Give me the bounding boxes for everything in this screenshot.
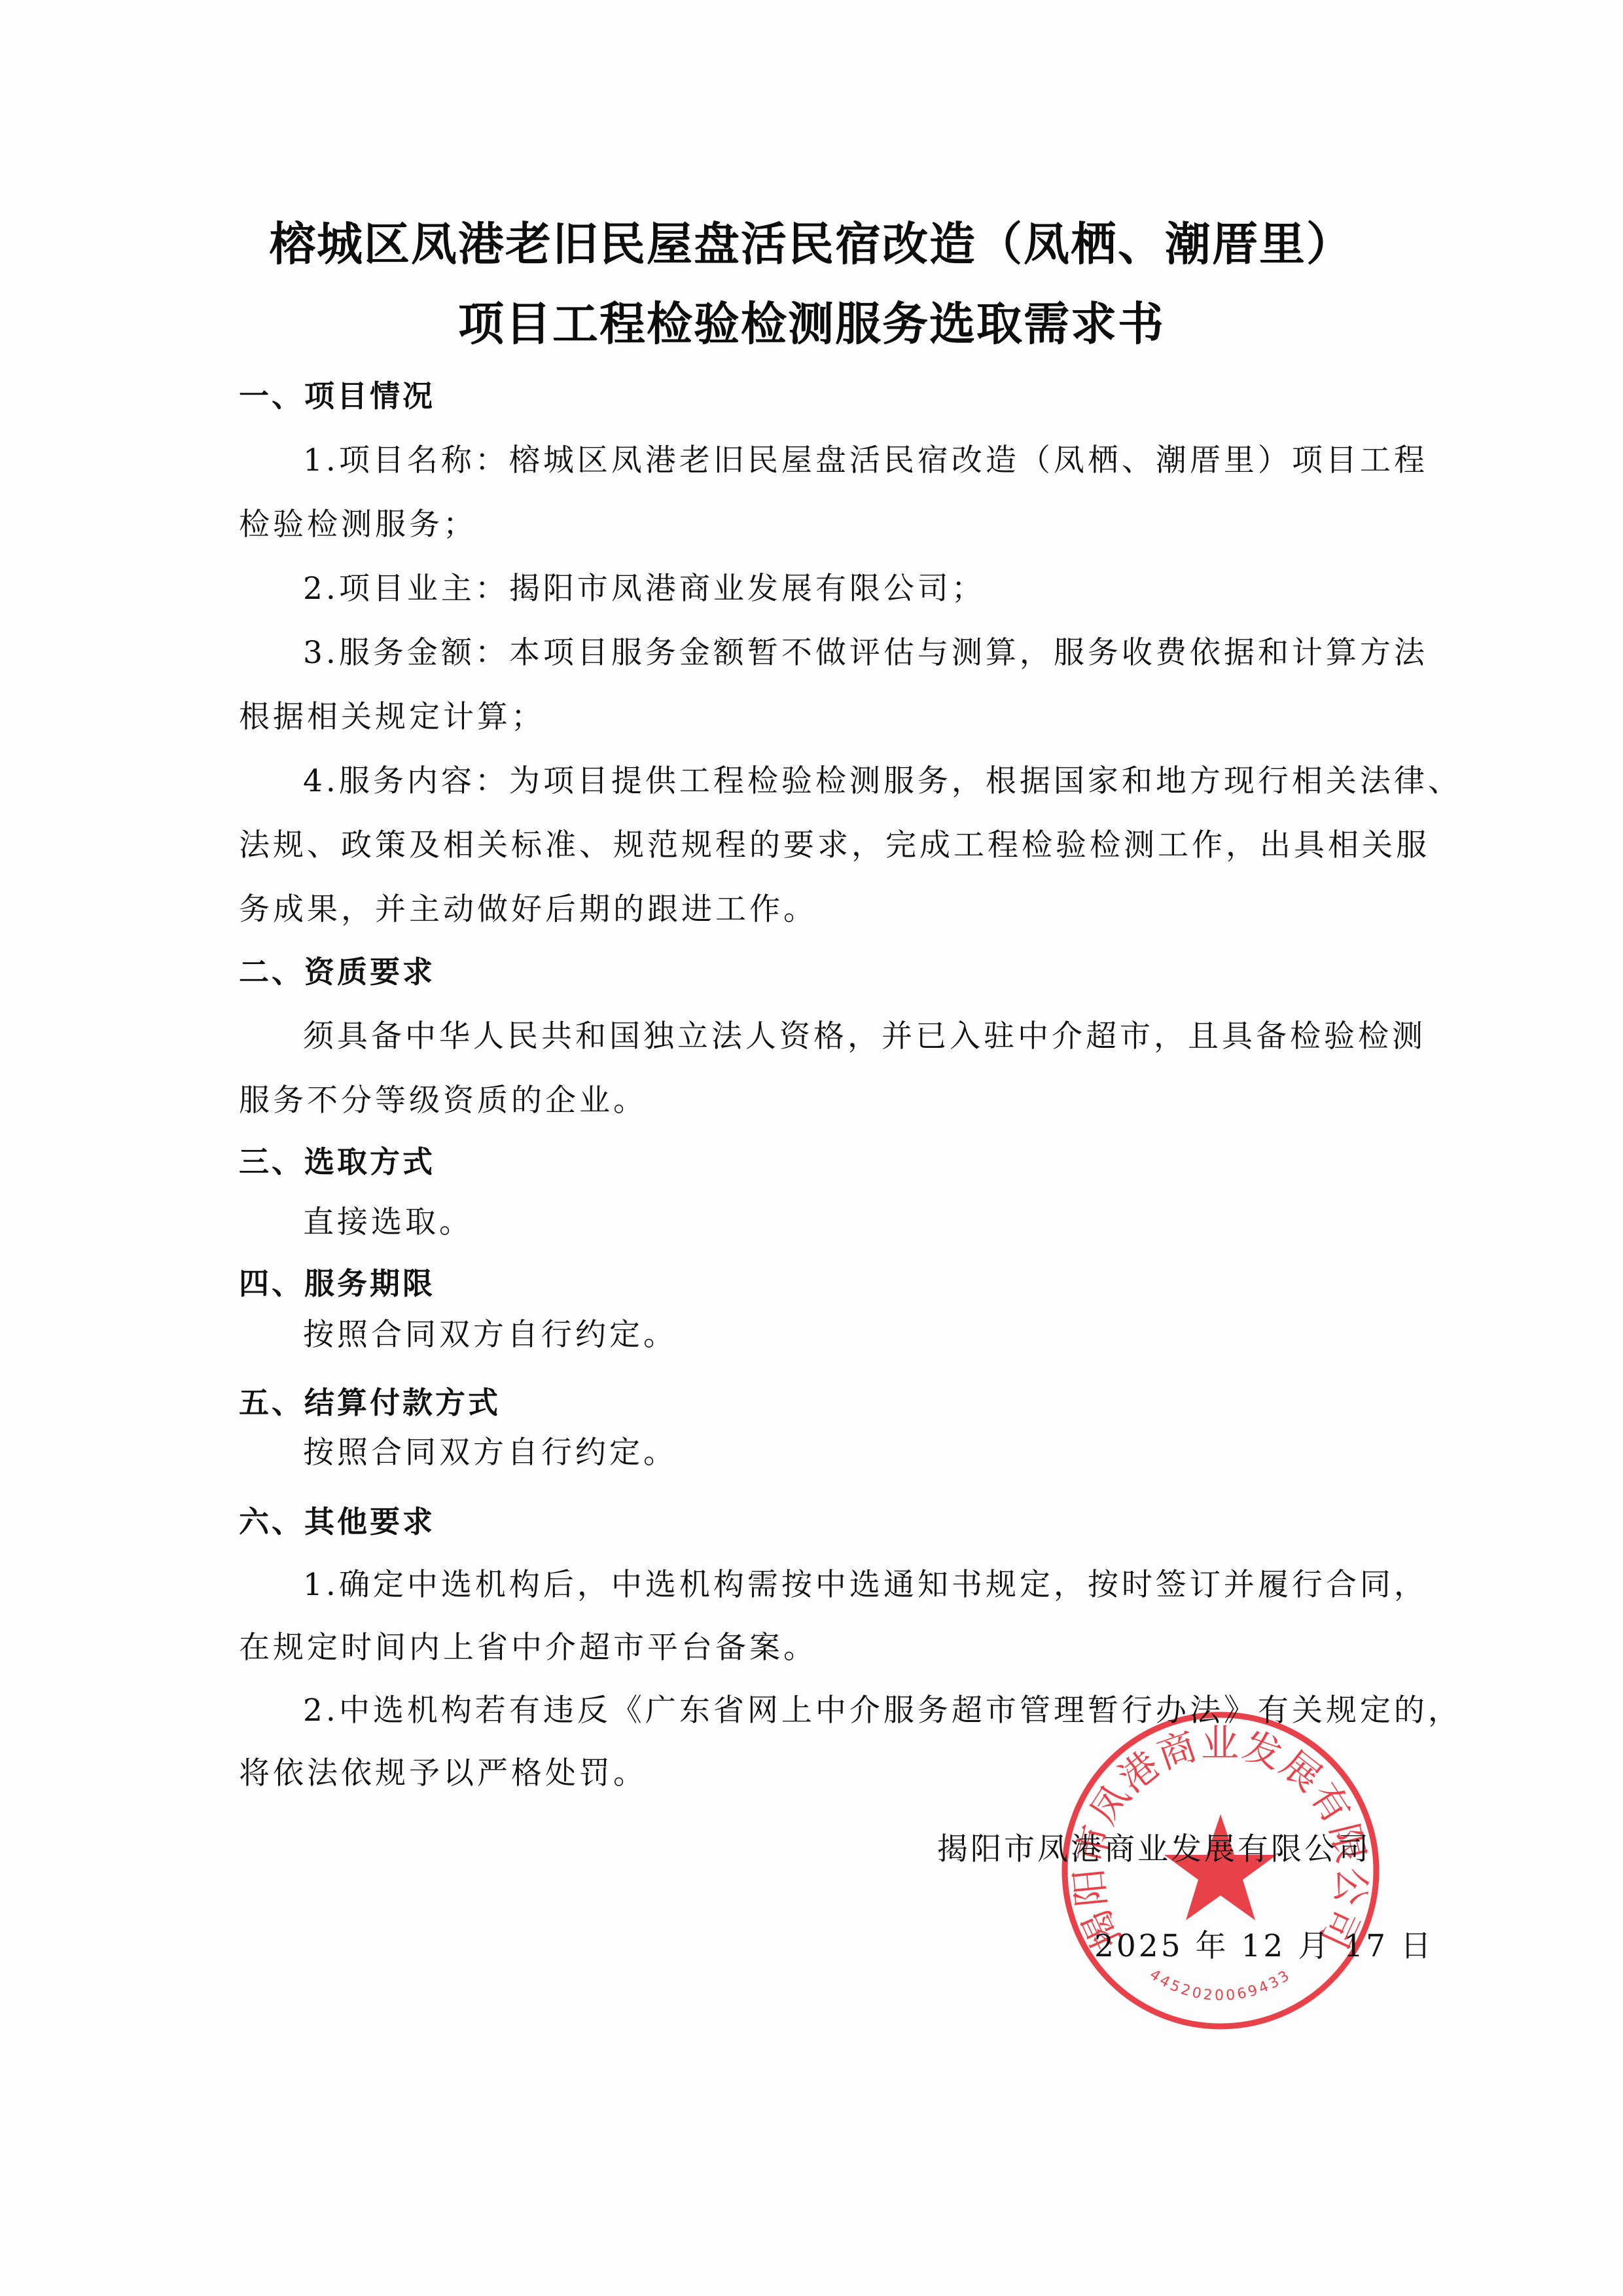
section-heading-project-info: 一、项目情况 bbox=[239, 381, 435, 411]
section-heading-selection-method: 三、选取方式 bbox=[239, 1147, 435, 1177]
document-title-line-1: 榕城区凤港老旧民屋盘活民宿改造（凤栖、潮厝里） bbox=[0, 221, 1623, 267]
document-title-line-2: 项目工程检验检测服务选取需求书 bbox=[0, 301, 1623, 347]
item-project-name-line-1: 1.项目名称：榕城区凤港老旧民屋盘活民宿改造（凤栖、潮厝里）项目工程 bbox=[303, 445, 1371, 476]
seal-serial: 4452020069433 bbox=[1147, 1966, 1294, 2004]
section-heading-qualification: 二、资质要求 bbox=[239, 957, 435, 987]
item-service-amount-line-2: 根据相关规定计算； bbox=[239, 702, 545, 732]
qualification-body-line-2: 服务不分等级资质的企业。 bbox=[239, 1085, 647, 1116]
item-service-content-line-2: 法规、政策及相关标准、规范规程的要求，完成工程检验检测工作，出具相关服 bbox=[239, 830, 1371, 861]
item-service-content-line-3: 务成果，并主动做好后期的跟进工作。 bbox=[239, 894, 817, 925]
other-req-2-line-2: 将依法依规予以严格处罚。 bbox=[239, 1758, 647, 1789]
section-heading-service-period: 四、服务期限 bbox=[239, 1268, 435, 1299]
star-icon bbox=[1164, 1814, 1277, 1920]
service-period-body: 按照合同双方自行约定。 bbox=[303, 1319, 677, 1350]
document-page: 榕城区凤港老旧民屋盘活民宿改造（凤栖、潮厝里） 项目工程检验检测服务选取需求书 … bbox=[0, 0, 1623, 2296]
section-heading-payment-method: 五、结算付款方式 bbox=[239, 1388, 501, 1418]
item-service-content-line-1: 4.服务内容：为项目提供工程检验检测服务，根据国家和地方现行相关法律、 bbox=[303, 766, 1371, 797]
official-seal: 揭阳市凤港商业发展有限公司 4452020069433 bbox=[1059, 1710, 1382, 2032]
signature-company: 揭阳市凤港商业发展有限公司 bbox=[937, 1834, 1371, 1865]
section-heading-other-requirements: 六、其他要求 bbox=[239, 1507, 435, 1537]
signature-date: 2025 年 12 月 17 日 bbox=[1094, 1931, 1434, 1962]
selection-method-body: 直接选取。 bbox=[303, 1207, 473, 1238]
qualification-body-line-1: 须具备中华人民共和国独立法人资格，并已入驻中介超市，且具备检验检测 bbox=[303, 1021, 1371, 1052]
item-service-amount-line-1: 3.服务金额：本项目服务金额暂不做评估与测算，服务收费依据和计算方法 bbox=[303, 637, 1371, 668]
other-req-1-line-1: 1.确定中选机构后，中选机构需按中选通知书规定，按时签订并履行合同， bbox=[303, 1570, 1371, 1600]
other-req-1-line-2: 在规定时间内上省中介超市平台备案。 bbox=[239, 1632, 817, 1663]
item-project-owner: 2.项目业主：揭阳市凤港商业发展有限公司； bbox=[303, 573, 986, 604]
item-project-name-line-2: 检验检测服务； bbox=[239, 509, 477, 540]
payment-method-body: 按照合同双方自行约定。 bbox=[303, 1437, 677, 1468]
